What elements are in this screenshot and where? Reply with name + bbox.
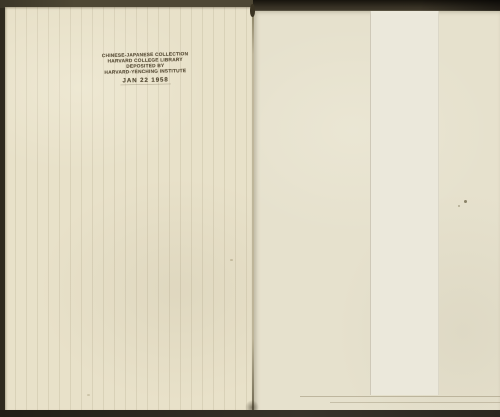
bottom-edge-shadow <box>0 410 500 417</box>
paper-speck <box>458 205 460 207</box>
paper-speck <box>230 259 233 261</box>
page-edge-line <box>330 402 500 403</box>
book-gutter-line <box>252 6 254 412</box>
stamp-date: JAN 22 1958 <box>120 76 171 85</box>
page-edge-line <box>300 396 500 397</box>
stamp-institute-line: HARVARD-YENCHING INSTITUTE <box>98 67 193 75</box>
scanned-book-spread: CHINESE-JAPANESE COLLECTION HARVARD COLL… <box>0 0 500 417</box>
paper-speck <box>464 200 467 203</box>
library-stamp-text: CHINESE-JAPANESE COLLECTION HARVARD COLL… <box>97 51 193 86</box>
left-page: CHINESE-JAPANESE COLLECTION HARVARD COLL… <box>5 7 253 411</box>
gutter-top-shadow <box>250 4 255 17</box>
paper-backing-band <box>370 11 439 395</box>
paper-speck <box>87 394 90 396</box>
library-stamp: CHINESE-JAPANESE COLLECTION HARVARD COLL… <box>97 49 258 111</box>
top-edge-shadow <box>253 0 500 11</box>
